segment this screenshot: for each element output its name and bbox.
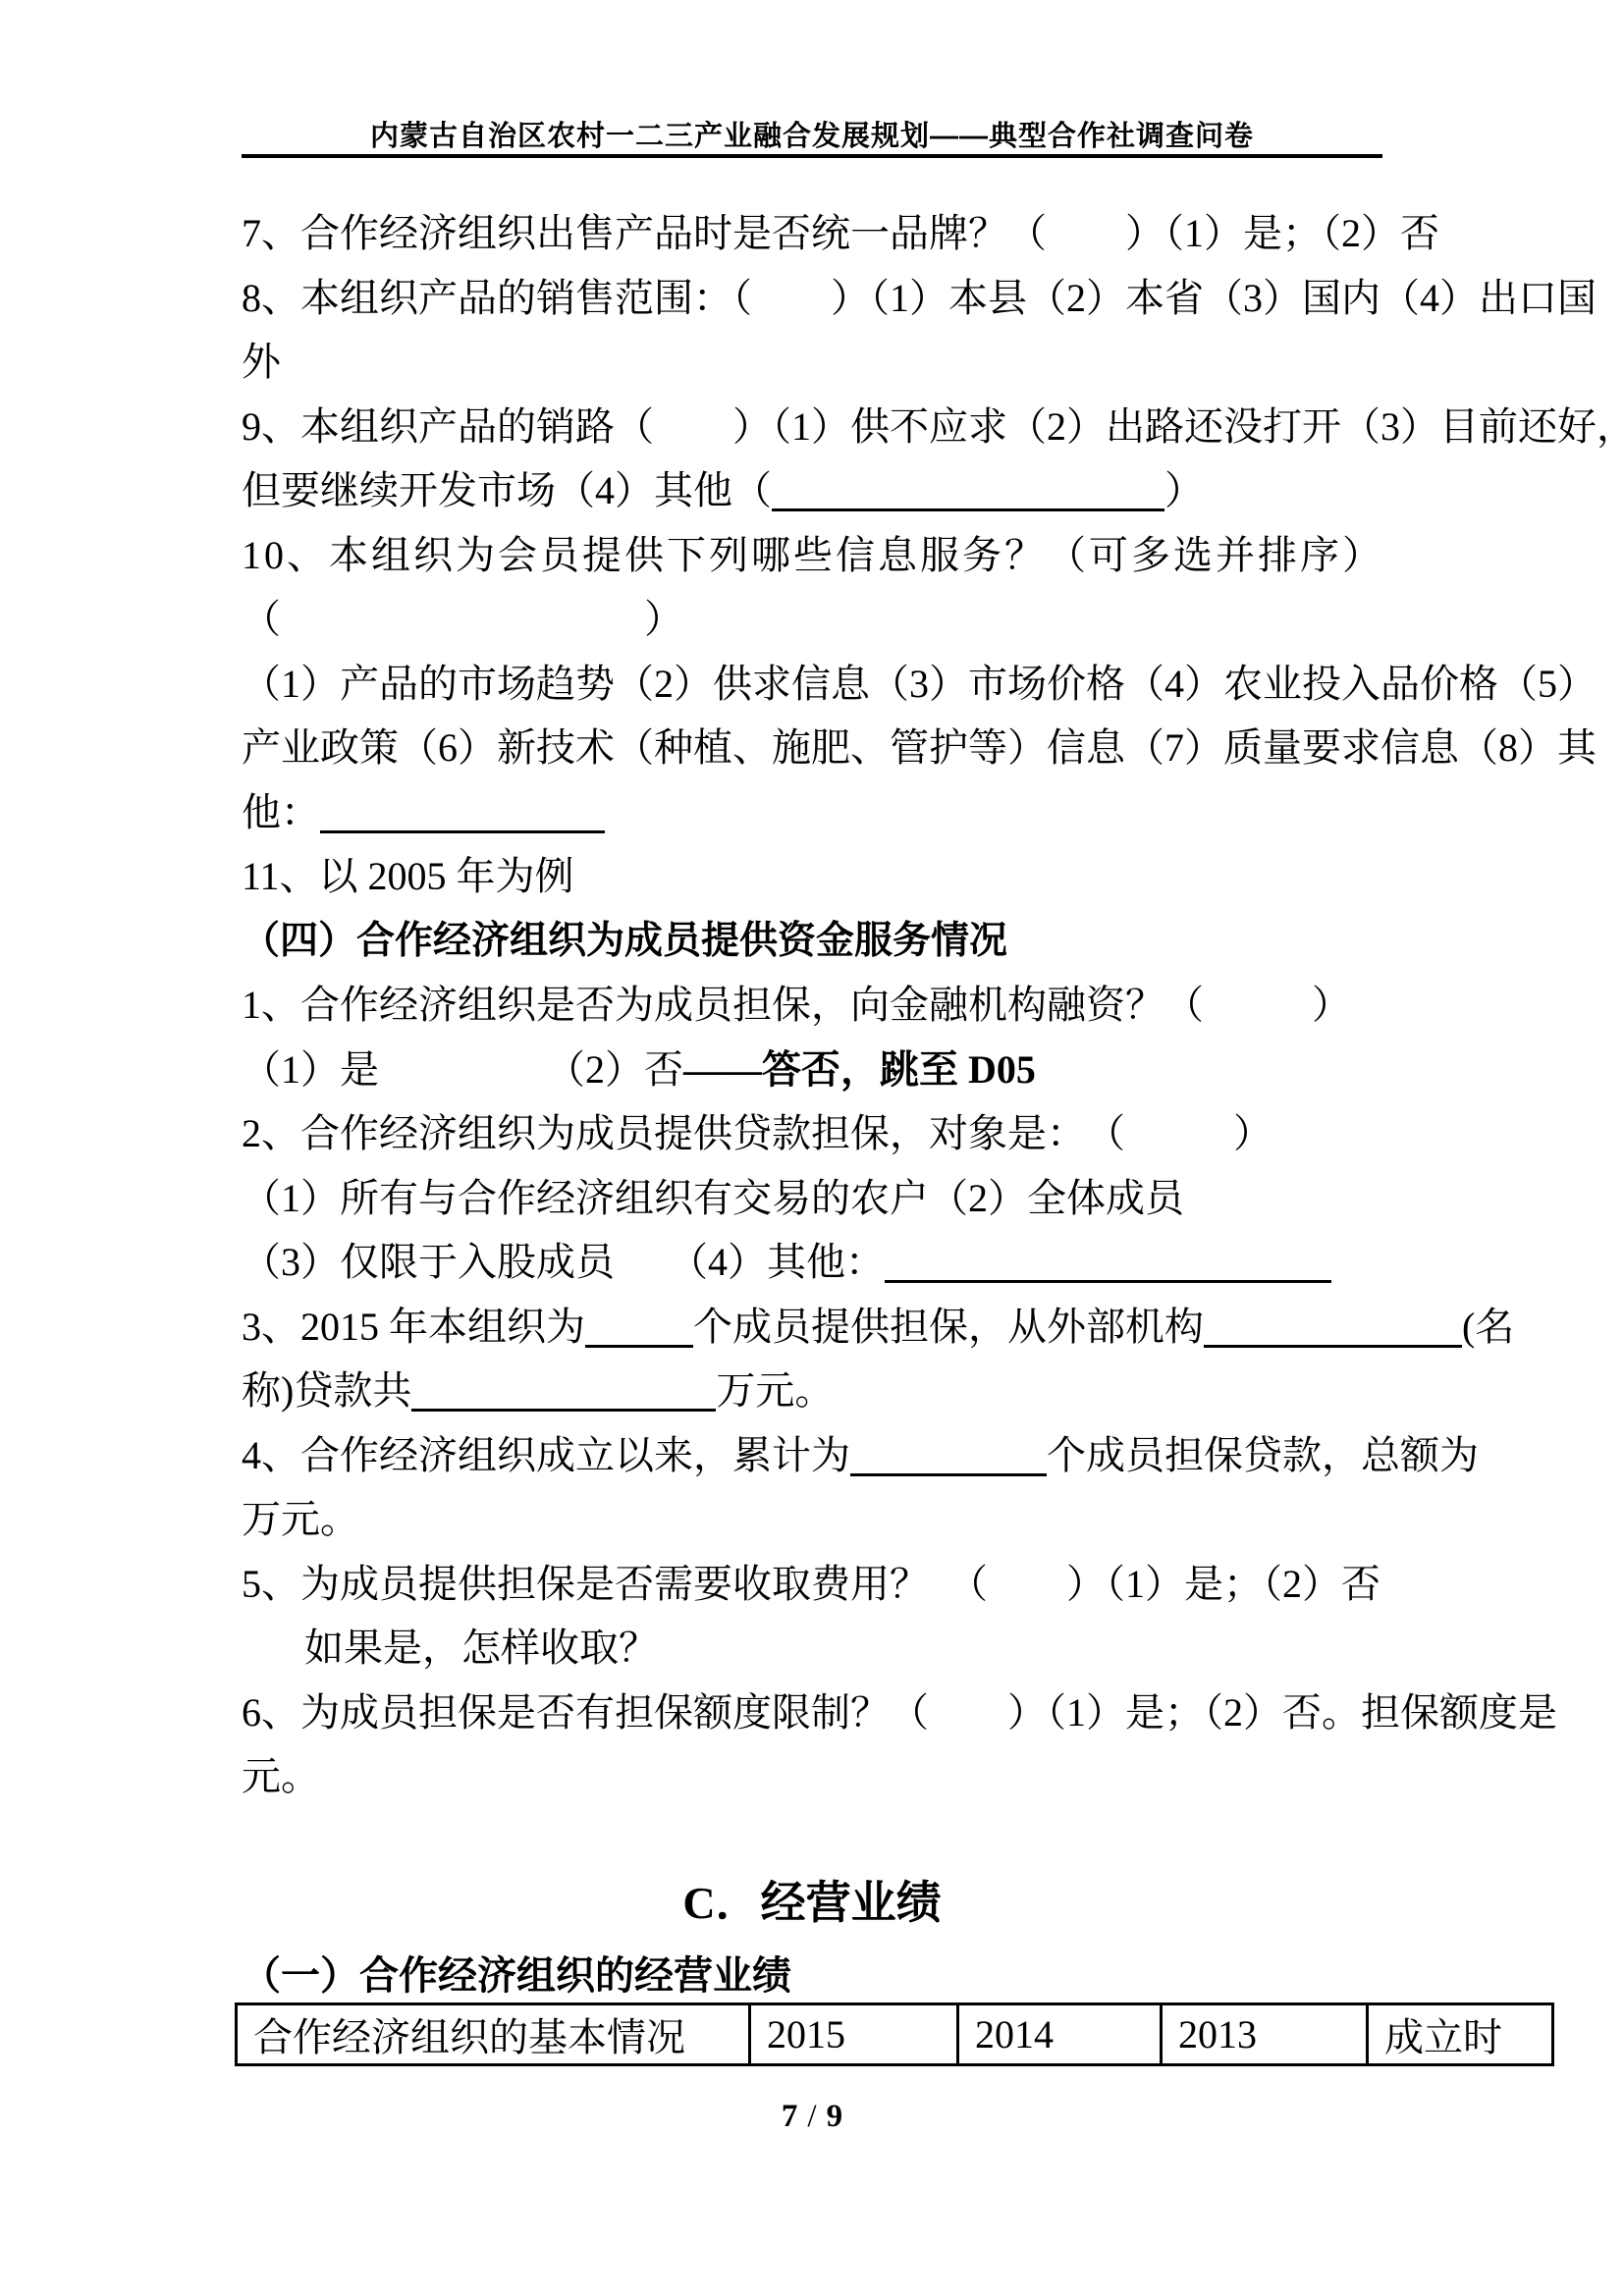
fund-question-4-line-1: 4、合作经济组织成立以来，累计为个成员担保贷款，总额为 bbox=[242, 1423, 1400, 1488]
table-cell-2015: 2015 bbox=[750, 2003, 958, 2064]
text-segment: 个成员担保贷款，总额为 bbox=[1047, 1433, 1479, 1477]
question-8-line-1: 8、本组织产品的销售范围：（ ）（1）本县（2）本省（3）国内（4）出口国 bbox=[242, 266, 1400, 331]
document-header-title: 内蒙古自治区农村一二三产业融合发展规划——典型合作社调查问卷 bbox=[0, 114, 1624, 154]
text-segment: 1、合作经济组织是否为成员担保，向金融机构融资？（ bbox=[242, 983, 1204, 1027]
question-10-options-2: 产业政策（6）新技术（种植、施肥、管护等）信息（7）质量要求信息（8）其 bbox=[242, 716, 1400, 780]
fund-question-1: 1、合作经济组织是否为成员担保，向金融机构融资？（） bbox=[242, 973, 1400, 1038]
document-body: 7、合作经济组织出售产品时是否统一品牌？（ ）（1）是；（2）否 8、本组织产品… bbox=[242, 201, 1400, 2066]
fill-in-blank bbox=[585, 1308, 693, 1348]
fund-question-3-line-1: 3、2015 年本组织为个成员提供担保，从外部机构(名 bbox=[242, 1295, 1400, 1360]
question-7: 7、合作经济组织出售产品时是否统一品牌？（ ）（1）是；（2）否 bbox=[242, 201, 1400, 266]
fill-in-blank bbox=[885, 1243, 1331, 1283]
section-c-subsection-1-heading: （一）合作经济组织的经营业绩 bbox=[242, 1945, 1400, 2008]
skip-instruction: ——答否，跳至 D05 bbox=[683, 1047, 1036, 1092]
text-segment: （2）否 bbox=[546, 1047, 683, 1092]
fill-in-blank bbox=[1204, 1308, 1462, 1348]
text-segment: 4、合作经济组织成立以来，累计为 bbox=[242, 1433, 850, 1477]
fund-question-4-line-2: 万元。 bbox=[242, 1487, 1400, 1552]
text-segment: 个成员提供担保，从外部机构 bbox=[693, 1305, 1204, 1349]
text-segment: ） bbox=[1233, 1111, 1272, 1155]
option-space bbox=[615, 1274, 669, 1275]
question-8-line-2: 外 bbox=[242, 330, 1400, 395]
answer-space bbox=[281, 631, 644, 632]
answer-space bbox=[1125, 1146, 1233, 1147]
text-segment: （ bbox=[242, 597, 281, 641]
header-divider bbox=[242, 154, 1382, 158]
fund-question-6-line-1: 6、为成员担保是否有担保额度限制？（ ）（1）是；（2）否。担保额度是 bbox=[242, 1681, 1400, 1745]
fill-in-blank bbox=[320, 793, 605, 833]
table-cell-basic-info: 合作经济组织的基本情况 bbox=[237, 2003, 750, 2064]
fill-in-blank bbox=[850, 1436, 1047, 1476]
text-segment: 称)贷款共 bbox=[242, 1368, 411, 1413]
text-segment: ） bbox=[1164, 468, 1204, 512]
section-c-title: C．经营业绩 bbox=[242, 1865, 1382, 1942]
question-10-options-3: 他： bbox=[242, 780, 1400, 845]
text-segment: (名 bbox=[1462, 1305, 1514, 1349]
question-9-line-1: 9、本组织产品的销路（ ）（1）供不应求（2）出路还没打开（3）目前还好， bbox=[242, 395, 1400, 459]
table-cell-2014: 2014 bbox=[958, 2003, 1162, 2064]
section-4-heading: （四）合作经济组织为成员提供资金服务情况 bbox=[242, 909, 1400, 974]
text-segment: （4）其他： bbox=[669, 1240, 885, 1284]
fund-question-5-line-1: 5、为成员提供担保是否需要收取费用？ （ ）（1）是；（2）否 bbox=[242, 1552, 1400, 1617]
table-cell-founding: 成立时 bbox=[1368, 2003, 1553, 2064]
text-segment: ） bbox=[644, 597, 683, 641]
fund-question-1-options: （1）是（2）否——答否，跳至 D05 bbox=[242, 1038, 1400, 1102]
text-segment: 但要继续开发市场（4）其他（ bbox=[242, 468, 772, 512]
page-number: 7/9 bbox=[0, 2099, 1624, 2135]
fund-question-2: 2、合作经济组织为成员提供贷款担保，对象是： （） bbox=[242, 1101, 1400, 1166]
text-segment: 万元。 bbox=[716, 1368, 834, 1413]
fund-question-2-options-34: （3）仅限于入股成员（4）其他： bbox=[242, 1230, 1400, 1295]
performance-table: 合作经济组织的基本情况 2015 2014 2013 成立时 bbox=[235, 2002, 1554, 2066]
option-space bbox=[379, 1082, 546, 1083]
question-11: 11、以 2005 年为例 bbox=[242, 844, 1400, 909]
question-9-line-2: 但要继续开发市场（4）其他（） bbox=[242, 458, 1400, 523]
fill-in-blank bbox=[411, 1371, 716, 1412]
table-header-row: 合作经济组织的基本情况 2015 2014 2013 成立时 bbox=[237, 2003, 1553, 2064]
answer-space bbox=[1204, 1017, 1312, 1018]
fund-question-2-options-12: （1）所有与合作经济组织有交易的农户（2）全体成员 bbox=[242, 1166, 1400, 1231]
question-10-options-1: （1）产品的市场趋势（2）供求信息（3）市场价格（4）农业投入品价格（5） bbox=[242, 652, 1400, 717]
question-10-answer-parens: （） bbox=[242, 587, 1400, 652]
fill-in-blank bbox=[772, 471, 1164, 511]
current-page: 7 bbox=[782, 2099, 798, 2134]
text-segment: 3、2015 年本组织为 bbox=[242, 1305, 585, 1349]
text-segment: 2、合作经济组织为成员提供贷款担保，对象是： （ bbox=[242, 1111, 1125, 1155]
document-page: 内蒙古自治区农村一二三产业融合发展规划——典型合作社调查问卷 7、合作经济组织出… bbox=[0, 0, 1624, 2296]
text-segment: 他： bbox=[242, 790, 320, 834]
question-10-line-1: 10、本组织为会员提供下列哪些信息服务？（可多选并排序） bbox=[242, 523, 1400, 588]
text-segment: ） bbox=[1312, 983, 1351, 1027]
fund-question-3-line-2: 称)贷款共万元。 bbox=[242, 1359, 1400, 1423]
fund-question-6-line-2: 元。 bbox=[242, 1744, 1400, 1809]
fund-question-5-line-2: 如果是，怎样收取？ bbox=[242, 1616, 1400, 1681]
page-separator: / bbox=[807, 2099, 816, 2134]
text-segment: （3）仅限于入股成员 bbox=[242, 1240, 615, 1284]
total-pages: 9 bbox=[827, 2099, 843, 2134]
text-segment: （1）是 bbox=[242, 1047, 379, 1092]
table-cell-2013: 2013 bbox=[1162, 2003, 1368, 2064]
